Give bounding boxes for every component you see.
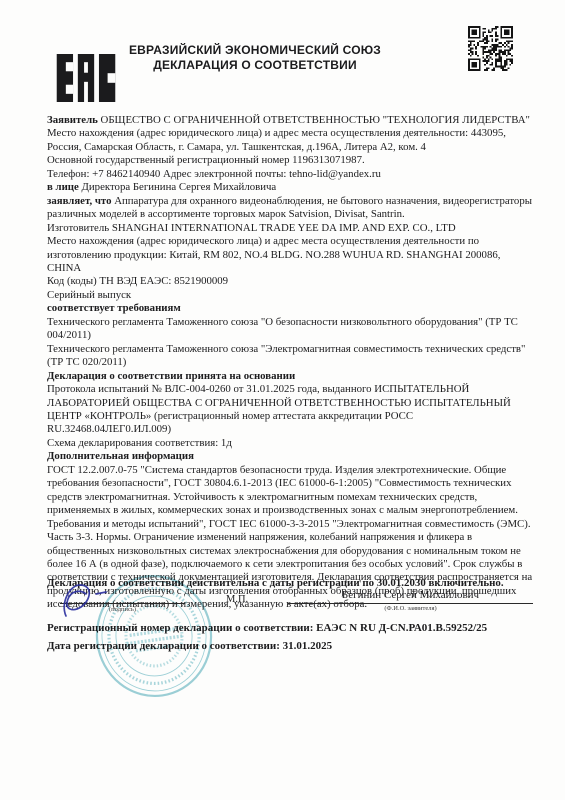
body-paragraph: в лице Директора Бегинина Сергея Михайло…: [47, 181, 536, 194]
body-paragraph: Место нахождения (адрес юридического лиц…: [47, 127, 536, 154]
body-paragraph: Технического регламента Таможенного союз…: [47, 343, 536, 370]
body-paragraph: Протокола испытаний № ВЛС-004-0260 от 31…: [47, 383, 536, 437]
body-paragraph: Заявитель ОБЩЕСТВО С ОГРАНИЧЕННОЙ ОТВЕТС…: [47, 114, 536, 127]
document-title: ДЕКЛАРАЦИЯ О СООТВЕТСТВИИ: [85, 58, 425, 73]
qr-code: [468, 26, 513, 71]
body-paragraph: Дополнительная информация: [47, 450, 536, 463]
paragraphs: Заявитель ОБЩЕСТВО С ОГРАНИЧЕННОЙ ОТВЕТС…: [47, 114, 536, 612]
applicant-name-caption: (Ф.И.О. заявителя): [288, 605, 533, 612]
document-header: ЕВРАЗИЙСКИЙ ЭКОНОМИЧЕСКИЙ СОЮЗ ДЕКЛАРАЦИ…: [85, 43, 425, 73]
applicant-name-line: [288, 602, 533, 604]
declaration-document: ЕВРАЗИЙСКИЙ ЭКОНОМИЧЕСКИЙ СОЮЗ ДЕКЛАРАЦИ…: [0, 0, 565, 800]
body-paragraph: Схема декларирования соответствия: 1д: [47, 437, 536, 450]
body-paragraph: Декларация о соответствии принята на осн…: [47, 370, 536, 383]
body-paragraph: Изготовитель SHANGHAI INTERNATIONAL TRAD…: [47, 222, 536, 235]
body-paragraph: Место нахождения (адрес юридического лиц…: [47, 235, 536, 275]
signature-icon: [56, 577, 132, 619]
union-title: ЕВРАЗИЙСКИЙ ЭКОНОМИЧЕСКИЙ СОЮЗ: [85, 43, 425, 58]
body-paragraph: Телефон: +7 8462140940 Адрес электронной…: [47, 168, 536, 181]
body-paragraph: Технического регламента Таможенного союз…: [47, 316, 536, 343]
body-paragraph: Код (коды) ТН ВЭД ЕАЭС: 8521900009: [47, 275, 536, 288]
applicant-name-block: Бегинин Сергей Михайлович (Ф.И.О. заявит…: [288, 589, 533, 612]
registration-block: Регистрационный номер декларации о соотв…: [47, 622, 547, 657]
registration-number-value: ЕАЭС N RU Д-CN.РА01.В.59252/25: [316, 622, 487, 634]
signature-row: (подпись) М.П. Бегинин Сергей Михайлович…: [0, 589, 565, 623]
registration-number-line: Регистрационный номер декларации о соотв…: [47, 622, 547, 635]
body-paragraph: Серийный выпуск: [47, 289, 536, 302]
registration-date-line: Дата регистрации декларации о соответств…: [47, 640, 547, 653]
stamp-place-label: М.П.: [226, 594, 248, 605]
registration-date-label: Дата регистрации декларации о соответств…: [47, 640, 280, 652]
body-paragraph: заявляет, что Аппаратура для охранного в…: [47, 195, 536, 222]
registration-date-value: 31.01.2025: [283, 640, 333, 652]
registration-number-label: Регистрационный номер декларации о соотв…: [47, 622, 313, 634]
body-paragraph: Основной государственный регистрационный…: [47, 154, 536, 167]
body-paragraph: соответствует требованиям: [47, 302, 536, 315]
applicant-name: Бегинин Сергей Михайлович: [288, 589, 533, 602]
